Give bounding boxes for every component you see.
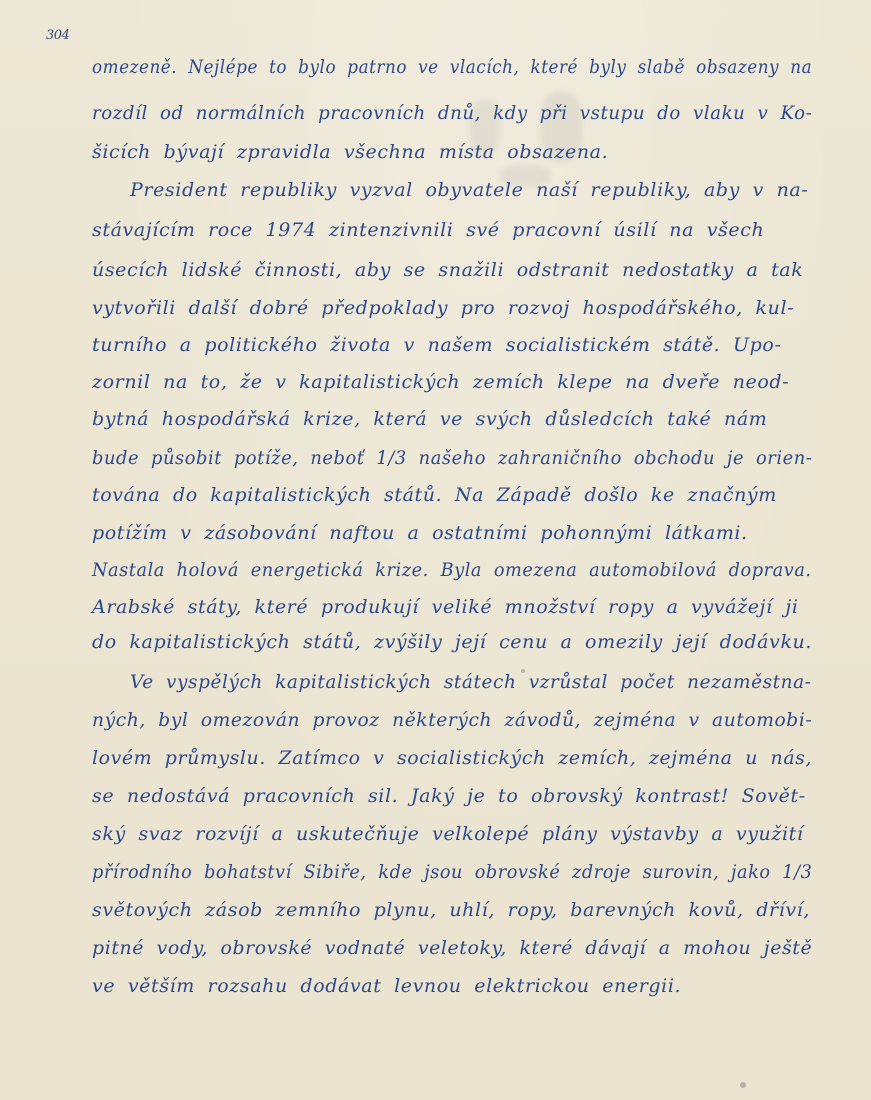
text-line: omezeně. Nejlépe to bylo patrno ve vlací… bbox=[92, 52, 729, 82]
text-line: zornil na to, že v kapitalistických zemí… bbox=[92, 367, 812, 397]
text-line: bytná hospodářská krize, která ve svých … bbox=[92, 404, 812, 434]
paragraph-start-line: President republiky vyzval obyvatele naš… bbox=[130, 175, 812, 205]
text-line: ský svaz rozvíjí a uskutečňuje velkolepé… bbox=[92, 819, 812, 849]
text-line: stávajícím roce 1974 zintenzivnili své p… bbox=[92, 215, 812, 245]
paper-speck bbox=[740, 1082, 746, 1088]
text-line: světových zásob zemního plynu, uhlí, rop… bbox=[92, 895, 812, 925]
text-line: ve větším rozsahu dodávat levnou elektri… bbox=[92, 971, 812, 1001]
text-line: rozdíl od normálních pracovních dnů, kdy… bbox=[92, 98, 780, 128]
text-line: ných, byl omezován provoz některých závo… bbox=[92, 705, 798, 735]
page-number: 304 bbox=[46, 28, 69, 43]
text-line: bude působit potíže, neboť 1/3 našeho za… bbox=[92, 443, 768, 473]
text-line: Nastala holová energetická krize. Byla o… bbox=[92, 555, 763, 585]
text-line: úsecích lidské činnosti, aby se snažili … bbox=[92, 255, 812, 285]
text-line: lovém průmyslu. Zatímco v socialistickýc… bbox=[92, 743, 808, 773]
text-line: pitné vody, obrovské vodnaté veletoky, k… bbox=[92, 933, 808, 963]
text-line: se nedostává pracovních sil. Jaký je to … bbox=[92, 781, 812, 811]
text-line: do kapitalistických států, zvýšily její … bbox=[92, 627, 812, 657]
text-line: vytvořili další dobré předpoklady pro ro… bbox=[92, 293, 812, 323]
text-line: šicích bývají zpravidla všechna místa ob… bbox=[92, 137, 812, 167]
text-line: turního a politického života v našem soc… bbox=[92, 330, 812, 360]
text-line: přírodního bohatství Sibiře, kde jsou ob… bbox=[92, 857, 761, 887]
paragraph-start-line: Ve vyspělých kapitalistických státech vz… bbox=[130, 667, 793, 697]
text-line: Arabské státy, které produkují veliké mn… bbox=[92, 592, 812, 622]
document-page: 304 omezeně. Nejlépe to bylo patrno ve v… bbox=[0, 0, 871, 1100]
text-line: potížím v zásobování naftou a ostatními … bbox=[92, 518, 812, 548]
text-line: tována do kapitalistických států. Na Záp… bbox=[92, 480, 812, 510]
